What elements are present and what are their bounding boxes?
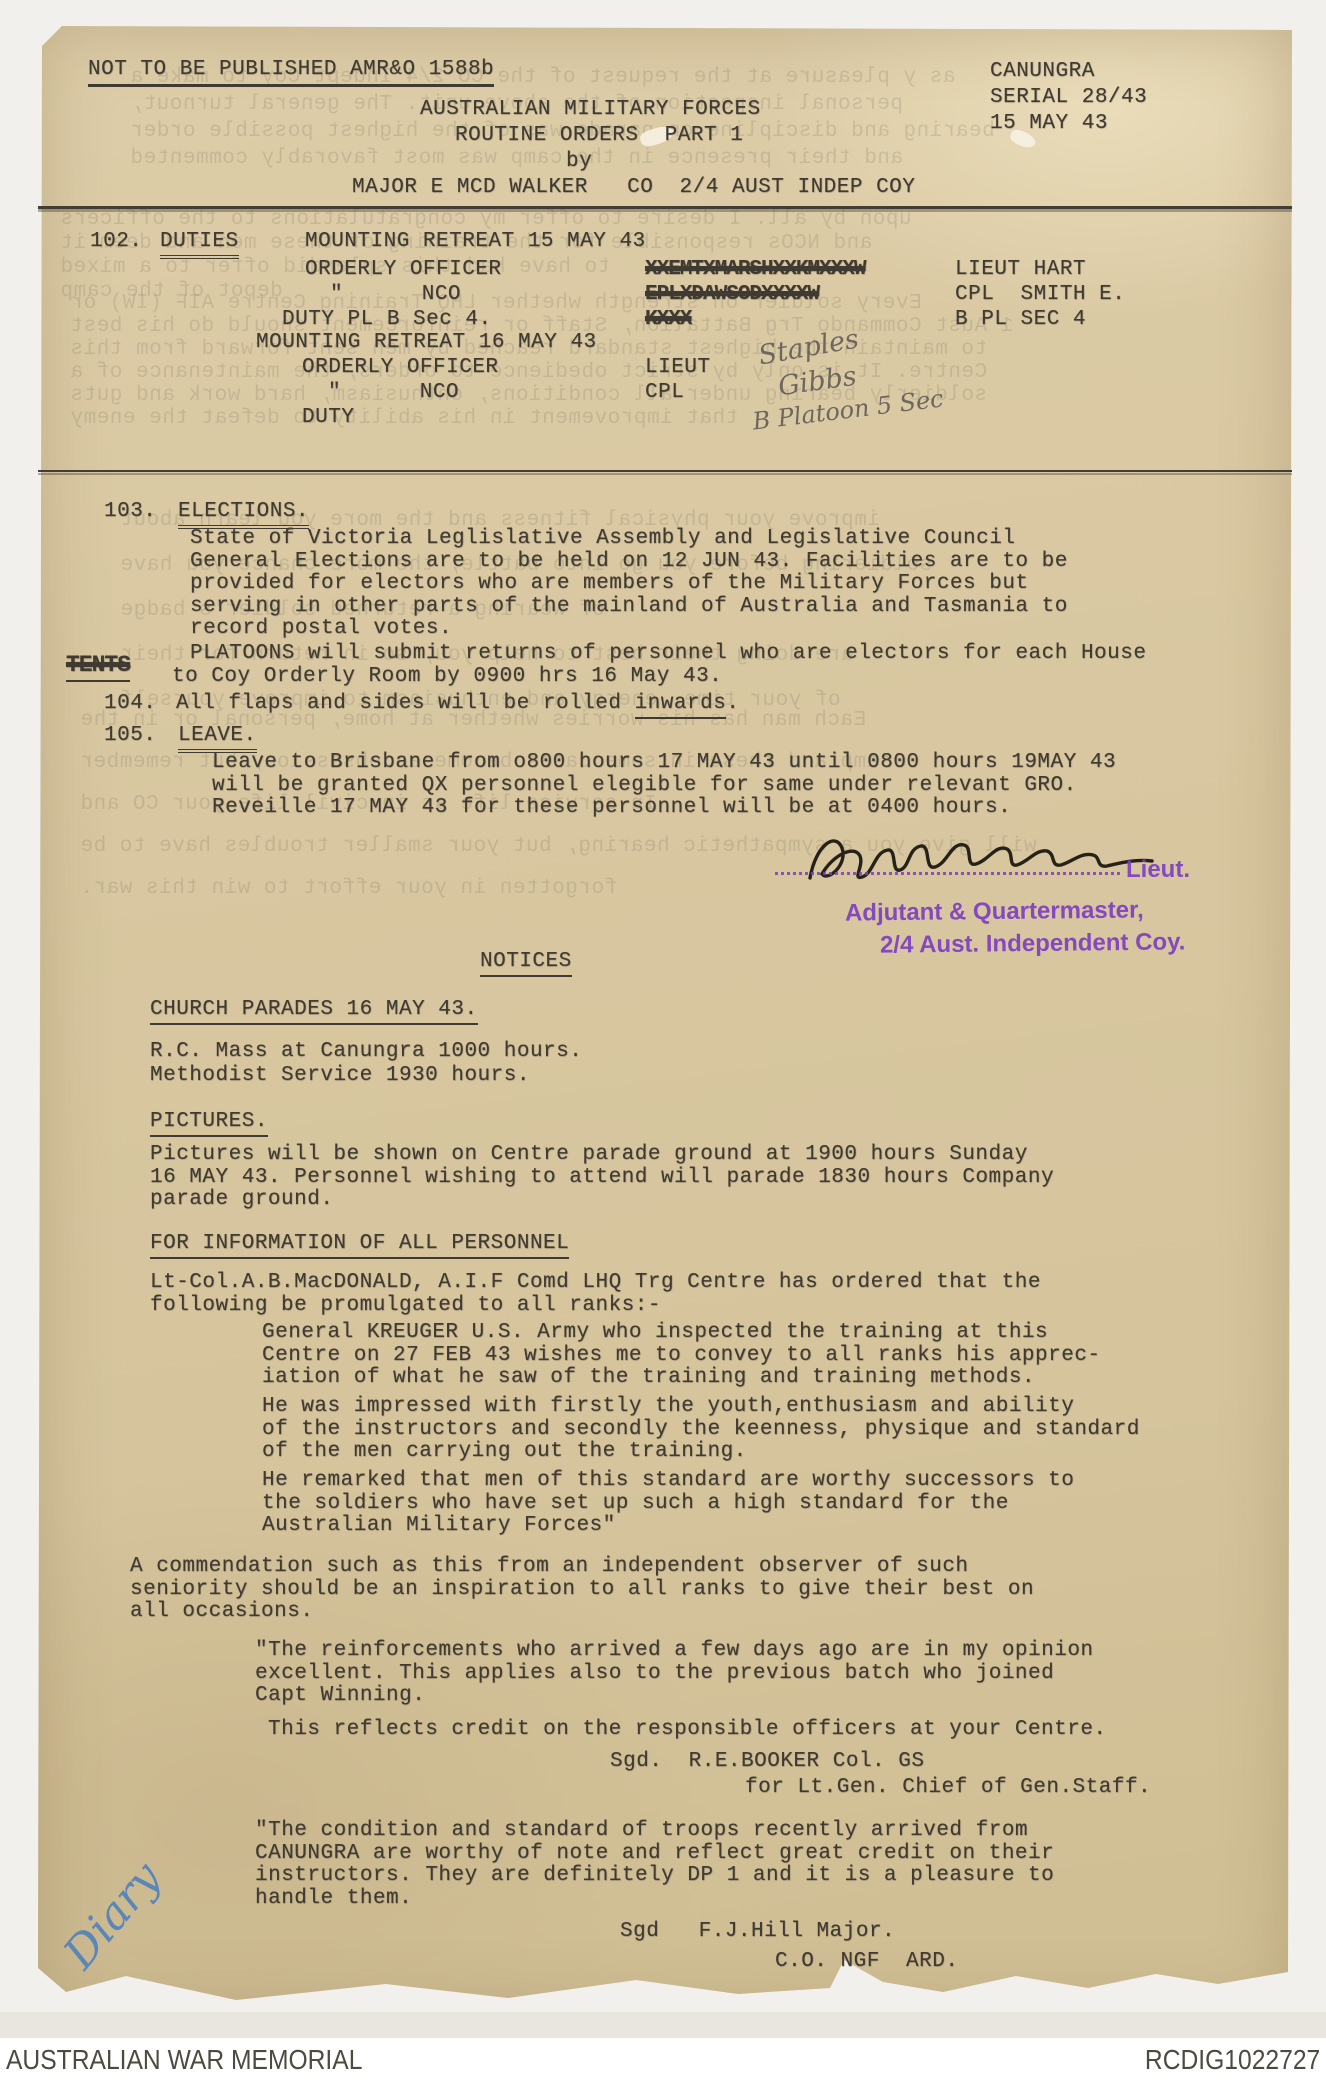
elections-paragraph: State of Victoria Leglislative Assembly … — [190, 528, 1068, 641]
text: . — [726, 692, 739, 715]
krueger-paragraph-2: He was impressed with firstly the youth,… — [262, 1396, 1140, 1464]
signature-line — [775, 872, 1120, 875]
header-org: AUSTRALIAN MILITARY FORCES — [420, 98, 761, 121]
signed-hill-line: Sgd F.J.Hill Major. — [620, 1920, 895, 1943]
krueger-paragraph-3: He remarked that men of this standard ar… — [262, 1470, 1074, 1538]
header-date: 15 MAY 43 — [990, 112, 1108, 135]
struck-out-name: KXXX — [645, 308, 691, 331]
krueger-paragraph-1: General KREUGER U.S. Army who inspected … — [262, 1322, 1101, 1390]
duty-label: DUTY — [302, 406, 354, 429]
reinforcements-quote: "The reinforcements who arrived a few da… — [255, 1640, 1094, 1708]
classification-notice: NOT TO BE PUBLISHED AMR&O 1588b — [88, 58, 494, 87]
duty-label: ORDERLY OFFICER — [305, 258, 502, 281]
text: All flaps and sides will be rolled — [176, 692, 635, 715]
retreat-15-heading: MOUNTING RETREAT 15 MAY 43 — [305, 230, 646, 253]
retreat-16-heading: MOUNTING RETREAT 16 MAY 43 — [256, 331, 597, 354]
header-issuer: MAJOR E MCD WALKER CO 2/4 AUST INDEP COY — [352, 176, 915, 199]
struck-out-name: XXEMTXMARSHXXKMXXXW — [645, 258, 865, 281]
duty-label: " NCO — [328, 381, 459, 404]
duty-label: DUTY PL B Sec 4. — [282, 308, 492, 331]
section-number: 103. — [104, 500, 156, 523]
info-intro-paragraph: Lt-Col.A.B.MacDONALD, A.I.F Comd LHQ Trg… — [150, 1272, 1041, 1317]
duty-label: " NCO — [330, 283, 461, 306]
section-number: 105. — [104, 724, 156, 747]
stamp-rank: Lieut. — [1126, 856, 1190, 884]
tent-order-text: All flaps and sides will be rolled inwar… — [176, 692, 739, 715]
struck-out-name: EPLXDAWSODXXXXW — [645, 283, 819, 306]
horizontal-rule — [38, 206, 1292, 209]
document-title: ROUTINE ORDERS PART 1 — [455, 124, 743, 147]
elections-returns-line: to Coy Orderly Room by 0900 hrs 16 May 4… — [172, 665, 722, 688]
archive-footer: AUSTRALIAN WAR MEMORIAL RCDIG1022727 — [0, 2038, 1326, 2082]
margin-stamp-tents: TENTS — [66, 652, 130, 682]
stamp-unit-line: 2/4 Aust. Independent Coy. — [880, 928, 1186, 959]
duty-value: B PL SEC 4 — [955, 308, 1086, 331]
signed-booker-for-line: for Lt.Gen. Chief of Gen.Staff. — [745, 1776, 1151, 1799]
notices-heading: NOTICES — [480, 950, 572, 977]
archive-item-id: RCDIG1022727 — [1145, 2044, 1320, 2076]
handwritten-signature — [800, 818, 1170, 898]
section-title: ELECTIONS. — [178, 500, 309, 529]
church-line: Methodist Service 1930 hours. — [150, 1064, 530, 1087]
scanned-document-page: as y pleasure at the request of the CO 2… — [0, 0, 1326, 2082]
pictures-paragraph: Pictures will be shown on Centre parade … — [150, 1144, 1054, 1212]
church-parades-heading: CHURCH PARADES 16 MAY 43. — [150, 998, 478, 1025]
duty-value: CPL SMITH E. — [955, 283, 1125, 306]
leave-paragraph: Leave to Brisbane from o800 hours 17 MAY… — [212, 752, 1116, 820]
section-number: 104. — [104, 692, 156, 715]
section-number: 102. — [90, 230, 142, 253]
condition-quote: "The condition and standard of troops re… — [255, 1820, 1054, 1910]
scan-background-strip — [0, 2012, 1326, 2038]
signed-hill-unit-line: C.O. NGF ARD. — [775, 1950, 958, 1973]
for-information-heading: FOR INFORMATION OF ALL PERSONNEL — [150, 1232, 569, 1259]
duty-value: LIEUT — [645, 356, 711, 379]
pictures-heading: PICTURES. — [150, 1110, 268, 1137]
stamp-title-line: Adjutant & Quartermaster, — [845, 896, 1144, 927]
signed-booker-line: Sgd. R.E.BOOKER Col. GS — [610, 1750, 924, 1773]
archive-name: AUSTRALIAN WAR MEMORIAL — [6, 2044, 362, 2076]
section-title: DUTIES — [160, 230, 239, 259]
section-title: LEAVE. — [178, 724, 257, 753]
horizontal-rule — [38, 470, 1292, 472]
header-place: CANUNGRA — [990, 60, 1095, 83]
duty-value: CPL — [645, 381, 684, 404]
reflects-credit-line: This reflects credit on the responsible … — [268, 1718, 1107, 1741]
duty-label: ORDERLY OFFICER — [302, 356, 499, 379]
duty-value: LIEUT HART — [955, 258, 1086, 281]
elections-returns-line: PLATOONS will submit returns of personne… — [190, 642, 1146, 665]
commendation-paragraph: A commendation such as this from an inde… — [130, 1556, 1034, 1624]
header-serial: SERIAL 28/43 — [990, 86, 1147, 109]
church-line: R.C. Mass at Canungra 1000 hours. — [150, 1040, 582, 1063]
header-by: by — [566, 150, 592, 173]
underlined-word: inwards — [635, 692, 727, 719]
